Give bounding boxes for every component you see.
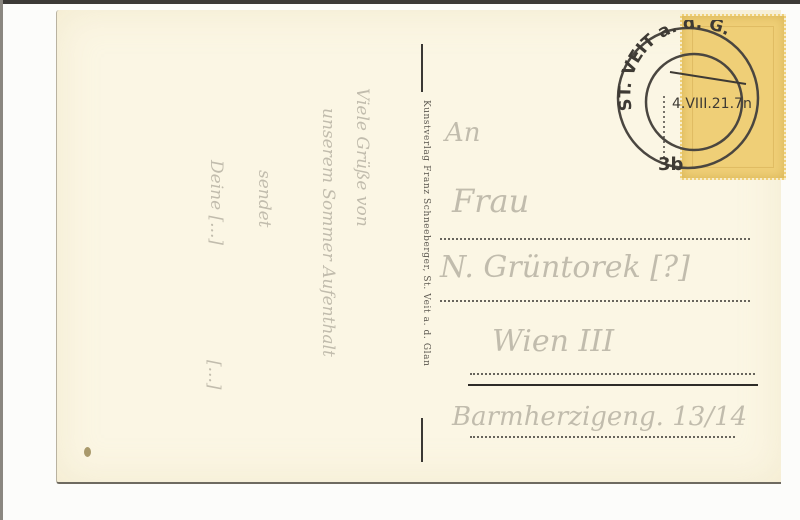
postmark: ST. VEIT a. d. G. 4.VIII.21.7n 3b	[612, 20, 782, 180]
address-rule-1	[440, 238, 750, 240]
message-line-4: Deine [...]	[206, 160, 226, 245]
address-line-2: Frau	[452, 182, 529, 220]
stain-mark	[84, 447, 91, 457]
address-rule-2	[440, 300, 750, 302]
message-line-5: [...]	[204, 360, 224, 389]
address-line-3: N. Grüntorek [?]	[440, 250, 690, 285]
address-rule-3	[470, 373, 755, 375]
scan-border-top	[0, 0, 800, 4]
message-line-2: unserem Sommer Aufenthalt	[318, 108, 338, 357]
address-line-5: Barmherzigeng. 13/14	[452, 402, 747, 432]
message-line-3: sendet	[254, 170, 274, 228]
address-rule-underline	[468, 384, 758, 386]
address-line-4: Wien III	[492, 324, 614, 359]
scan-border-left	[0, 0, 3, 520]
postmark-date: 4.VIII.21.7n	[672, 96, 752, 112]
address-rule-4	[470, 436, 735, 438]
address-line-1: An	[445, 118, 481, 148]
divider-line-bottom	[421, 418, 423, 462]
postmark-number: 3b	[658, 154, 684, 175]
message-line-1: Viele Grüße von	[352, 88, 372, 227]
publisher-imprint: Kunstverlag Franz Schneeberger, St. Veit…	[411, 100, 431, 420]
divider-line-top	[421, 44, 423, 92]
